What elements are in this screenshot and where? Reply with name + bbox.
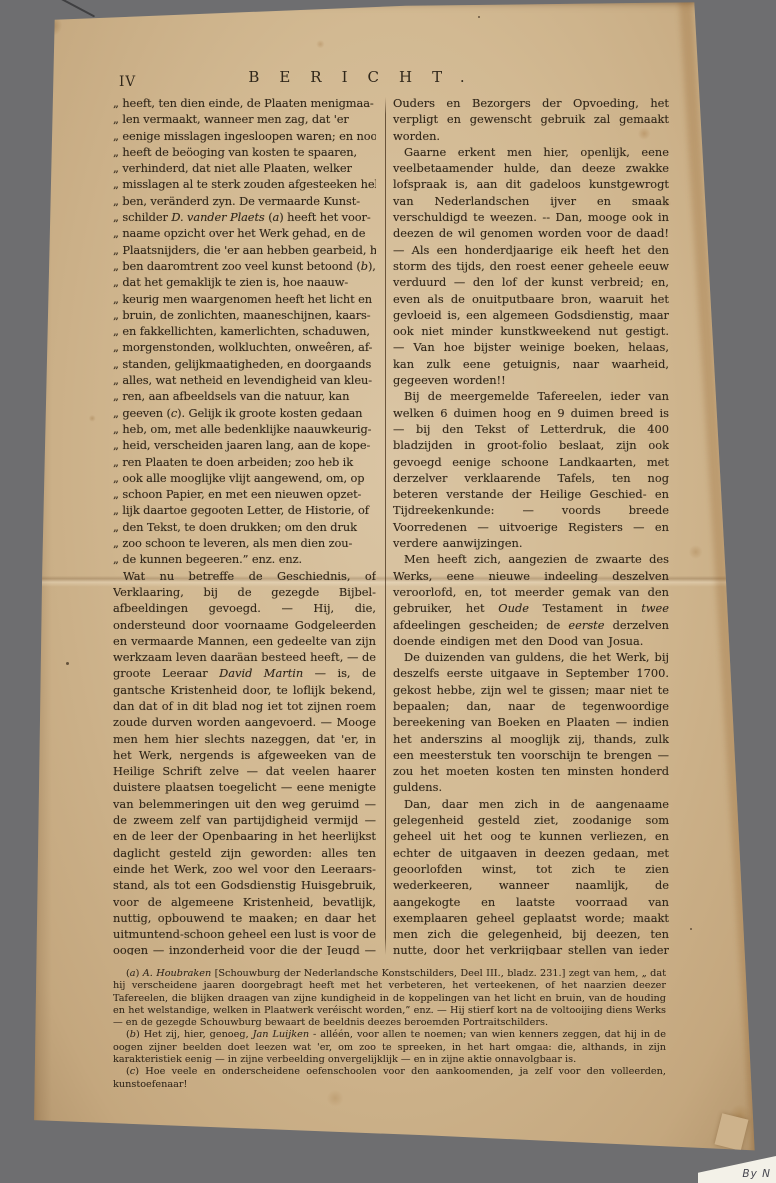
quoted-line: „ ook alle mooglijke vlijt aangewend, om… — [113, 470, 376, 486]
quoted-line: „ dat het gemaklijk te zien is, hoe naau… — [113, 274, 376, 290]
quoted-line: „ lijk daartoe gegooten Letter, de Histo… — [113, 502, 376, 518]
ink-speck — [478, 16, 480, 18]
quoted-line: „ heeft, ten dien einde, de Plaaten meni… — [113, 95, 376, 111]
quoted-line: „ ben, veränderd zyn. De vermaarde Kunst… — [113, 193, 376, 209]
quoted-line: „ schoon Papier, en met een nieuwen opze… — [113, 486, 376, 502]
quoted-line: „ schilder D. vander Plaets (a) heeft he… — [113, 209, 376, 225]
ink-speck — [66, 662, 69, 665]
quoted-line: „ naame opzicht over het Werk gehad, en … — [113, 225, 376, 241]
page-header: IV BERICHT. — [113, 62, 666, 92]
background-scratch-mark — [57, 0, 95, 17]
handwritten-corner-label: By N — [742, 1168, 771, 1180]
quoted-line: „ heid, verscheiden jaaren lang, aan de … — [113, 437, 376, 453]
quoted-line: „ bruin, de zonlichten, maaneschijnen, k… — [113, 307, 376, 323]
mount-corner: By N — [698, 1156, 776, 1183]
footnotes-block: (a) A. Houbraken [Schouwburg der Nederla… — [113, 968, 666, 1091]
quoted-line: „ morgenstonden, wolkluchten, onweêren, … — [113, 339, 376, 355]
paragraph: Gaarne erkent men hier, openlijk, eene v… — [393, 144, 669, 388]
quoted-line: „ eenige misslagen ingesloopen waren; en… — [113, 128, 376, 144]
footnote-a: (a) A. Houbraken [Schouwburg der Nederla… — [113, 968, 666, 1029]
quoted-line: „ ben daaromtrent zoo veel kunst betoond… — [113, 258, 376, 274]
text-columns: „ heeft, ten dien einde, de Plaaten meni… — [113, 95, 669, 955]
quoted-line: „ zoo schoon te leveren, als men dien zo… — [113, 535, 376, 551]
paragraph: Men heeft zich, aangezien de zwaarte des… — [393, 551, 669, 649]
quoted-line: „ standen, gelijkmaatigheden, en doorgaa… — [113, 356, 376, 372]
paper-sheet: IV BERICHT. „ heeft, ten dien einde, de … — [26, 0, 762, 1162]
quoted-line: „ len vermaakt, wanneer men zag, dat 'er — [113, 111, 376, 127]
column-divider-rule — [385, 97, 386, 955]
quoted-line: „ heb, om, met alle bedenklijke naauwkeu… — [113, 421, 376, 437]
paragraph: Ouders en Bezorgers der Opvoeding, het v… — [393, 95, 669, 144]
running-header-title: BERICHT. — [113, 68, 666, 86]
quoted-line: „ geeven (c). Gelijk ik groote kosten ge… — [113, 405, 376, 421]
quoted-line: „ keurig men waargenomen heeft het licht… — [113, 291, 376, 307]
footnote-c: (c) Hoe veele en onderscheidene oefensch… — [113, 1066, 666, 1091]
left-column: „ heeft, ten dien einde, de Plaaten meni… — [113, 95, 376, 955]
quoted-line: „ de kunnen begeeren.” enz. enz. — [113, 551, 376, 567]
quoted-line: „ alles, wat netheid en levendigheid van… — [113, 372, 376, 388]
right-column: Ouders en Bezorgers der Opvoeding, het v… — [393, 95, 669, 955]
paragraph: De duizenden van guldens, die het Werk, … — [393, 649, 669, 796]
paragraph: Dan, daar men zich in de aangenaame gele… — [393, 796, 669, 955]
quoted-line: „ misslagen al te sterk zouden afgesteek… — [113, 176, 376, 192]
scanned-document-page: { "scan": { "background_color": "#6e6e70… — [0, 0, 776, 1183]
paragraph: Wat nu betreffe de Geschiednis, of Verkl… — [113, 568, 376, 955]
quoted-line: „ heeft de beöoging van kosten te spaare… — [113, 144, 376, 160]
quoted-line: „ Plaatsnijders, die 'er aan hebben gear… — [113, 242, 376, 258]
quoted-passage: „ heeft, ten dien einde, de Plaaten meni… — [113, 95, 376, 568]
paragraph: Bij de meergemelde Tafereelen, ieder van… — [393, 388, 669, 551]
quoted-line: „ verhinderd, dat niet alle Plaaten, wel… — [113, 160, 376, 176]
quoted-line: „ den Tekst, te doen drukken; om den dru… — [113, 519, 376, 535]
quoted-line: „ ren, aan afbeeldsels van die natuur, k… — [113, 388, 376, 404]
footnote-b: (b) Het zij, hier, genoeg, Jan Luijken -… — [113, 1029, 666, 1066]
quoted-line: „ en fakkellichten, kamerlichten, schadu… — [113, 323, 376, 339]
ink-speck — [690, 928, 692, 930]
quoted-line: „ ren Plaaten te doen arbeiden; zoo heb … — [113, 454, 376, 470]
